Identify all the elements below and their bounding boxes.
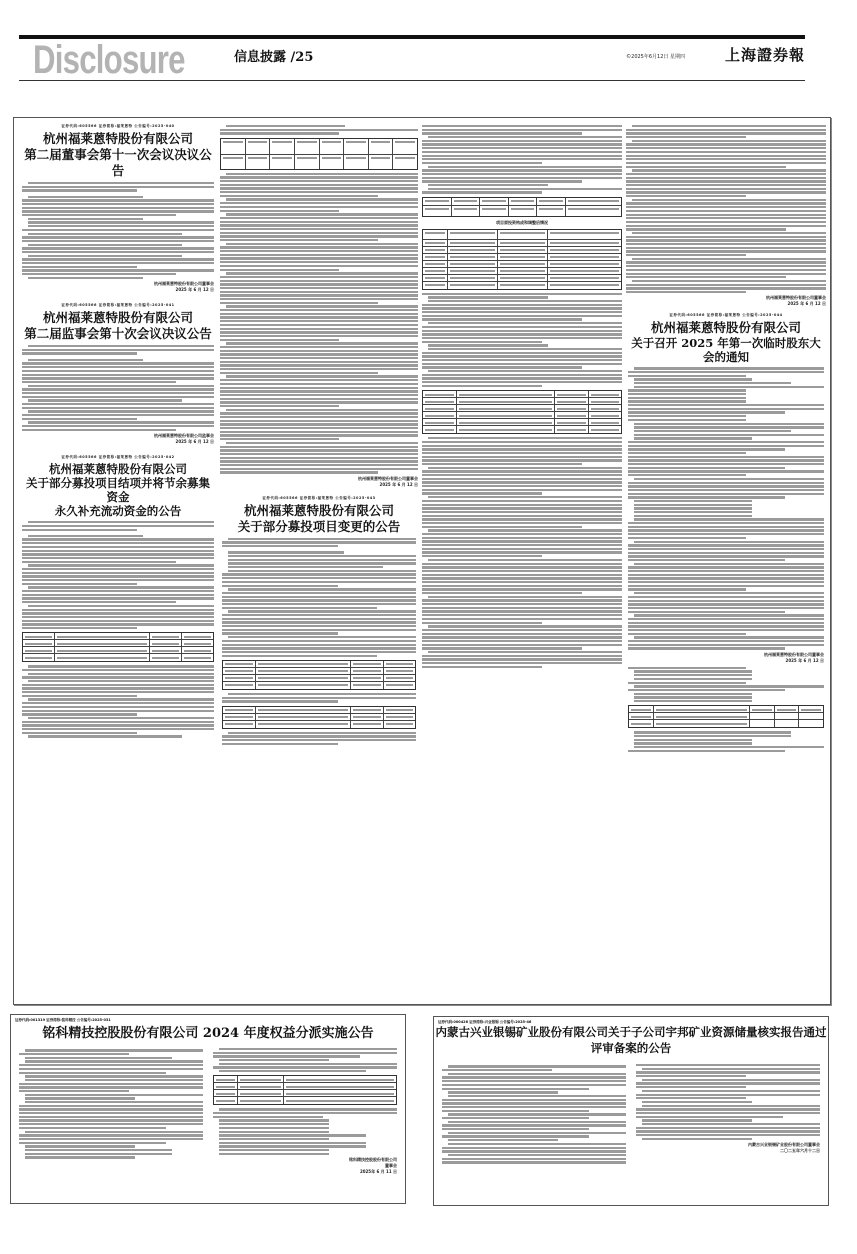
- notice-signature: 杭州福莱蒽特股份有限公司董事会2025 年 6 月 12 日: [628, 652, 824, 664]
- notice-body: [22, 182, 214, 279]
- notice-fund-completion: 证券代码:605566 证券简称:福莱蒽特 公告编号:2025-042 杭州福莱…: [20, 453, 216, 743]
- notice-meta: 证券代码:000426 证券简称:兴业银锡 公告编号:2025-46: [438, 1020, 531, 1025]
- notice-title: 关于召开 2025 年第一次临时股东大会的通知: [628, 336, 824, 364]
- notice-body: [222, 538, 416, 657]
- brand-logo: Disclosure: [33, 40, 185, 80]
- notice-egm: 证券代码:605566 证券简称:福莱蒽特 公告编号:2025-044 杭州福莱…: [626, 311, 826, 757]
- notice-body: [22, 345, 214, 431]
- notice-company: 杭州福莱蒽特股份有限公司: [628, 320, 824, 336]
- notice-title: 内蒙古兴业银锡矿业股份有限公司关于子公司宇邦矿业资源储量核实报告通过评审备案的公…: [434, 1024, 828, 1056]
- notice-body: [628, 367, 824, 650]
- notice-body-cont: [22, 665, 214, 737]
- notice-company: 杭州福莱蒽特股份有限公司: [22, 462, 214, 476]
- fund-usage-table: [220, 138, 418, 170]
- notice-title: 第二届监事会第十次会议决议公告: [22, 326, 214, 342]
- notice-title-line-1: 关于部分募投项目结项并将节余募集资金: [22, 476, 214, 504]
- table-caption: 项目原投资构成和调整后情况: [422, 220, 622, 226]
- notice-company: 杭州福莱蒽特股份有限公司: [22, 310, 214, 326]
- section-title: 信息披露 /25: [234, 46, 313, 65]
- notice-board-resolution: 证券代码:605566 证券简称:福莱蒽特 公告编号:2025-040 杭州福莱…: [20, 122, 216, 297]
- dateline: ©2025年6月12日 星期四: [626, 53, 685, 60]
- fund-table: [22, 632, 214, 662]
- notice-body-left: [19, 1048, 203, 1175]
- proxy-form: [628, 667, 824, 702]
- capex-table: [422, 390, 622, 434]
- notice-meta: 证券代码:605566 证券简称:福莱蒽特 公告编号:2025-042: [22, 455, 214, 460]
- notice-meta: 证券代码:605566 证券简称:福莱蒽特 公告编号:2025-044: [628, 313, 824, 318]
- notice-company: 杭州福莱蒽特股份有限公司: [222, 503, 416, 519]
- notice-meta: 证券代码:605566 证券简称:福莱蒽特 公告编号:2025-040: [22, 124, 214, 129]
- masthead: Disclosure 信息披露 /25 ©2025年6月12日 星期四 上海證券…: [19, 40, 805, 79]
- notice-title: 铭科精技控股股份有限公司 2024 年度权益分派实施公告: [11, 1022, 405, 1041]
- column-1: 证券代码:605566 证券简称:福莱蒽特 公告编号:2025-040 杭州福莱…: [20, 122, 216, 743]
- investment-table: [422, 197, 622, 217]
- notice-body-left: [442, 1064, 626, 1165]
- fulai-notices-block: 证券代码:605566 证券简称:福莱蒽特 公告编号:2025-040 杭州福莱…: [13, 117, 831, 1005]
- notice-signature: 杭州福莱蒽特股份有限公司监事会2025 年 6 月 12 日: [22, 433, 214, 445]
- newspaper-name: 上海證券報: [725, 44, 805, 65]
- notice-body: [22, 521, 214, 629]
- project-table-2: [222, 706, 416, 729]
- notice-signature: 杭州福莱蒽特股份有限公司董事会2025 年 6 月 12 日: [22, 281, 214, 293]
- project-table: [222, 660, 416, 690]
- notice-body-right: 内蒙古兴业银锡矿业股份有限公司董事会二〇二五年六月十二日: [636, 1061, 820, 1165]
- column-2: 杭州福莱蒽特股份有限公司董事会2025 年 6 月 12 日 证券代码:6055…: [220, 122, 418, 750]
- notice-title-line-2: 永久补充流动资金的公告: [22, 504, 214, 518]
- proxy-voting-table: [628, 705, 824, 728]
- masthead-bottom-rule: [19, 80, 805, 81]
- record-date-line: [25, 1149, 172, 1151]
- notice-meta: 证券代码:605566 证券简称:福莱蒽特 公告编号:2025-041: [22, 303, 214, 308]
- notice-title: 关于部分募投项目变更的公告: [222, 519, 416, 535]
- notice-signature: 杭州福莱蒽特股份有限公司董事会2025 年 6 月 12 日: [626, 295, 826, 307]
- notice-company: 杭州福莱蒽特股份有限公司: [22, 131, 214, 147]
- notice-meta: 证券代码:001319 证券简称:铭科精技 公告编号:2025-031: [15, 1018, 111, 1023]
- notice-signature: 杭州福莱蒽特股份有限公司董事会2025 年 6 月 12 日: [220, 476, 418, 488]
- investment-structure-table: [422, 229, 622, 290]
- notice-signature: 铭科精技控股股份有限公司董事会2025年 6 月 11 日: [213, 1157, 397, 1175]
- notice-signature: 内蒙古兴业银锡矿业股份有限公司董事会二〇二五年六月十二日: [636, 1142, 820, 1154]
- mingke-dividend-notice: 证券代码:001319 证券简称:铭科精技 公告编号:2025-031 铭科精技…: [10, 1014, 406, 1204]
- notice-body: [220, 173, 418, 474]
- xingye-silver-notice: 证券代码:000426 证券简称:兴业银锡 公告编号:2025-46 内蒙古兴业…: [433, 1016, 829, 1206]
- column-3: 项目原投资构成和调整后情况: [422, 122, 622, 669]
- notice-meta: 证券代码:605566 证券简称:福莱蒽特 公告编号:2025-043: [222, 496, 416, 501]
- shareholder-table: [213, 1075, 397, 1105]
- fund-usage-section: [220, 125, 418, 135]
- notice-body-right: 铭科精技控股股份有限公司董事会2025年 6 月 11 日: [213, 1045, 397, 1175]
- notice-title: 第二届董事会第十一次会议决议公告: [22, 147, 214, 179]
- notice-supervisory-resolution: 证券代码:605566 证券简称:福莱蒽特 公告编号:2025-041 杭州福莱…: [20, 301, 216, 449]
- column-4: 杭州福莱蒽特股份有限公司董事会2025 年 6 月 12 日 证券代码:6055…: [626, 122, 826, 757]
- notice-project-change: 证券代码:605566 证券简称:福莱蒽特 公告编号:2025-043 杭州福莱…: [220, 494, 418, 751]
